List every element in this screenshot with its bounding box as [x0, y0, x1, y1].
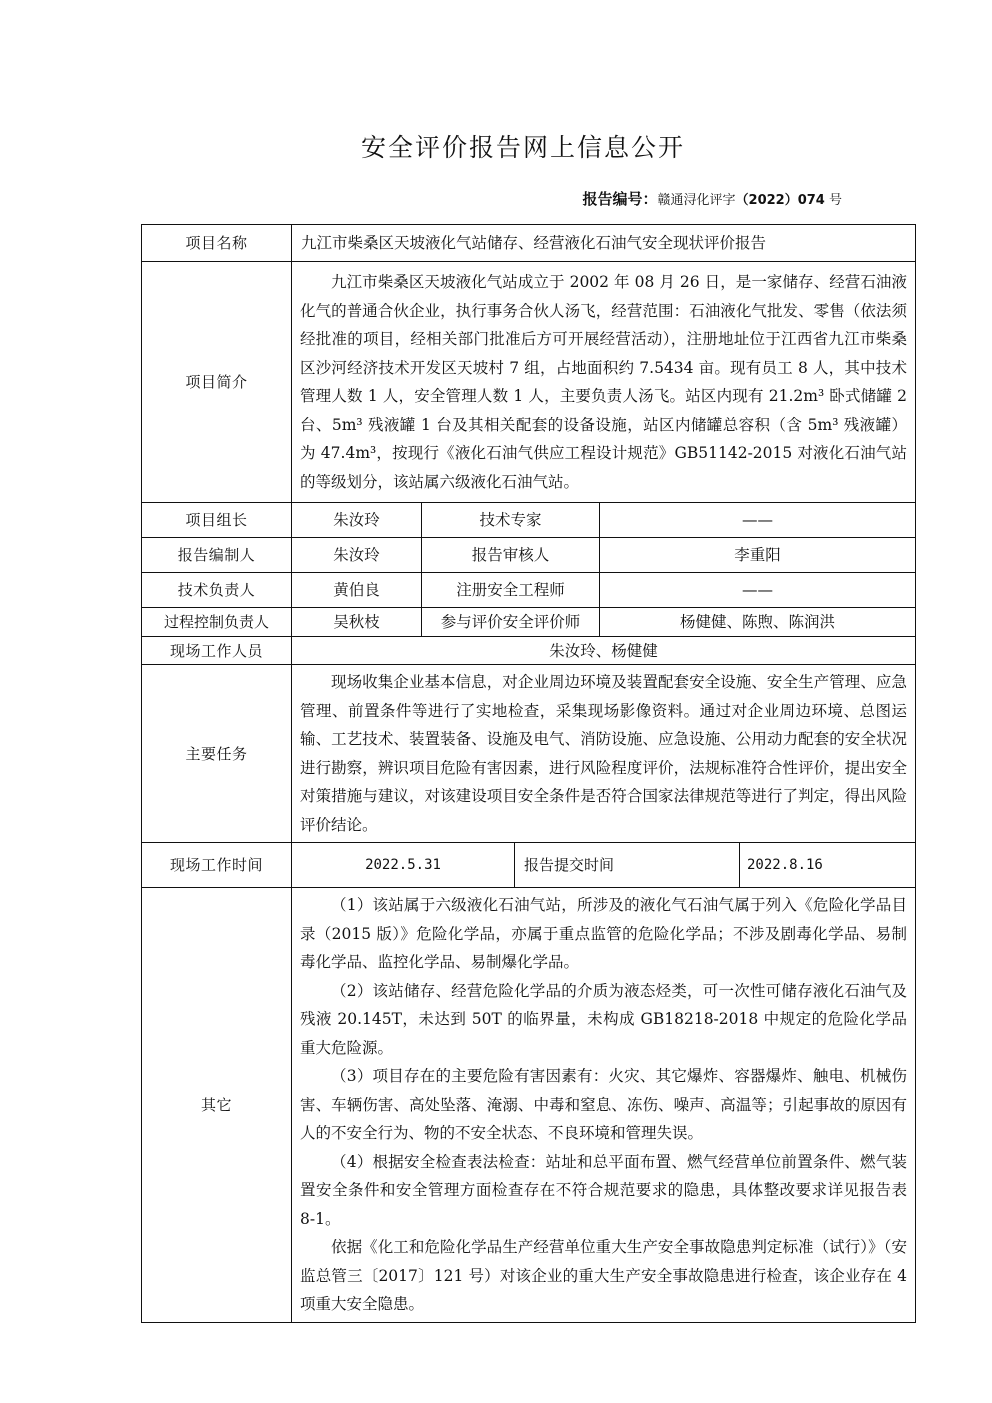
personnel-value-evaluators: 杨健健、陈煦、陈润洪: [600, 608, 916, 637]
project-name-label: 项目名称: [142, 225, 292, 262]
personnel-label-report-reviewer: 报告审核人: [422, 538, 600, 573]
other-label: 其它: [142, 888, 292, 1323]
other-paragraph-4: （4）根据安全检查表法检查：站址和总平面布置、燃气经营单位前置条件、燃气装置安全…: [300, 1148, 907, 1234]
main-tasks-text: 现场收集企业基本信息，对企业周边环境及装置配套安全设施、安全生产管理、应急管理、…: [300, 668, 907, 839]
report-number-label: 报告编号：: [583, 190, 658, 208]
row-personnel-1: 项目组长 朱汝玲 技术专家 ——: [142, 503, 916, 538]
row-project-name: 项目名称 九江市柴桑区天坡液化气站储存、经营液化石油气安全现状评价报告: [142, 225, 916, 262]
disclosure-table: 项目名称 九江市柴桑区天坡液化气站储存、经营液化石油气安全现状评价报告 项目简介…: [141, 224, 916, 1323]
report-number-prefix: 赣通浔化评字: [658, 193, 736, 208]
report-submit-time-label: 报告提交时间: [515, 843, 740, 888]
personnel-label-tech-lead: 技术负责人: [142, 573, 292, 608]
personnel-value-project-leader: 朱汝玲: [292, 503, 422, 538]
project-intro-text: 九江市柴桑区天坡液化气站成立于 2002 年 08 月 26 日，是一家储存、经…: [300, 268, 907, 496]
other-paragraph-2: （2）该站储存、经营危险化学品的介质为液态烃类，可一次性可储存液化石油气及残液 …: [300, 977, 907, 1063]
document-title: 安全评价报告网上信息公开: [0, 128, 992, 164]
row-main-tasks: 主要任务 现场收集企业基本信息，对企业周边环境及装置配套安全设施、安全生产管理、…: [142, 665, 916, 843]
row-other: 其它 （1）该站属于六级液化石油气站，所涉及的液化气石油气属于列入《危险化学品目…: [142, 888, 916, 1323]
personnel-label-report-author: 报告编制人: [142, 538, 292, 573]
personnel-label-tech-expert: 技术专家: [422, 503, 600, 538]
personnel-value-report-author: 朱汝玲: [292, 538, 422, 573]
field-work-time-label: 现场工作时间: [142, 843, 292, 888]
field-staff-value: 朱汝玲、杨健健: [292, 637, 916, 665]
personnel-label-process-control: 过程控制负责人: [142, 608, 292, 637]
report-number-suffix: 号: [825, 193, 842, 208]
row-personnel-4: 过程控制负责人 吴秋枝 参与评价安全评价师 杨健健、陈煦、陈润洪: [142, 608, 916, 637]
personnel-value-report-reviewer: 李重阳: [600, 538, 916, 573]
project-intro-label: 项目简介: [142, 262, 292, 503]
project-name-value: 九江市柴桑区天坡液化气站储存、经营液化石油气安全现状评价报告: [292, 225, 916, 262]
main-tasks-cell: 现场收集企业基本信息，对企业周边环境及装置配套安全设施、安全生产管理、应急管理、…: [292, 665, 916, 843]
report-number: 报告编号：赣通浔化评字（2022）074 号: [583, 188, 843, 209]
main-tasks-label: 主要任务: [142, 665, 292, 843]
personnel-value-process-control: 吴秋枝: [292, 608, 422, 637]
other-paragraph-1: （1）该站属于六级液化石油气站，所涉及的液化气石油气属于列入《危险化学品目录（2…: [300, 891, 907, 977]
row-personnel-2: 报告编制人 朱汝玲 报告审核人 李重阳: [142, 538, 916, 573]
personnel-label-project-leader: 项目组长: [142, 503, 292, 538]
row-timing: 现场工作时间 2022.5.31 报告提交时间 2022.8.16: [142, 843, 916, 888]
report-number-year: （2022）074: [736, 193, 825, 208]
field-work-time-value: 2022.5.31: [292, 843, 515, 888]
other-cell: （1）该站属于六级液化石油气站，所涉及的液化气石油气属于列入《危险化学品目录（2…: [292, 888, 916, 1323]
field-staff-label: 现场工作人员: [142, 637, 292, 665]
personnel-label-evaluators: 参与评价安全评价师: [422, 608, 600, 637]
row-personnel-3: 技术负责人 黄伯良 注册安全工程师 ——: [142, 573, 916, 608]
personnel-value-tech-expert: ——: [600, 503, 916, 538]
personnel-value-safety-engineer: ——: [600, 573, 916, 608]
personnel-label-safety-engineer: 注册安全工程师: [422, 573, 600, 608]
row-field-staff: 现场工作人员 朱汝玲、杨健健: [142, 637, 916, 665]
report-submit-time-value: 2022.8.16: [740, 843, 916, 888]
other-paragraph-3: （3）项目存在的主要危险有害因素有：火灾、其它爆炸、容器爆炸、触电、机械伤害、车…: [300, 1062, 907, 1148]
project-intro-cell: 九江市柴桑区天坡液化气站成立于 2002 年 08 月 26 日，是一家储存、经…: [292, 262, 916, 503]
other-paragraph-5: 依据《化工和危险化学品生产经营单位重大生产安全事故隐患判定标准（试行）》（安监总…: [300, 1233, 907, 1319]
personnel-value-tech-lead: 黄伯良: [292, 573, 422, 608]
row-project-intro: 项目简介 九江市柴桑区天坡液化气站成立于 2002 年 08 月 26 日，是一…: [142, 262, 916, 503]
